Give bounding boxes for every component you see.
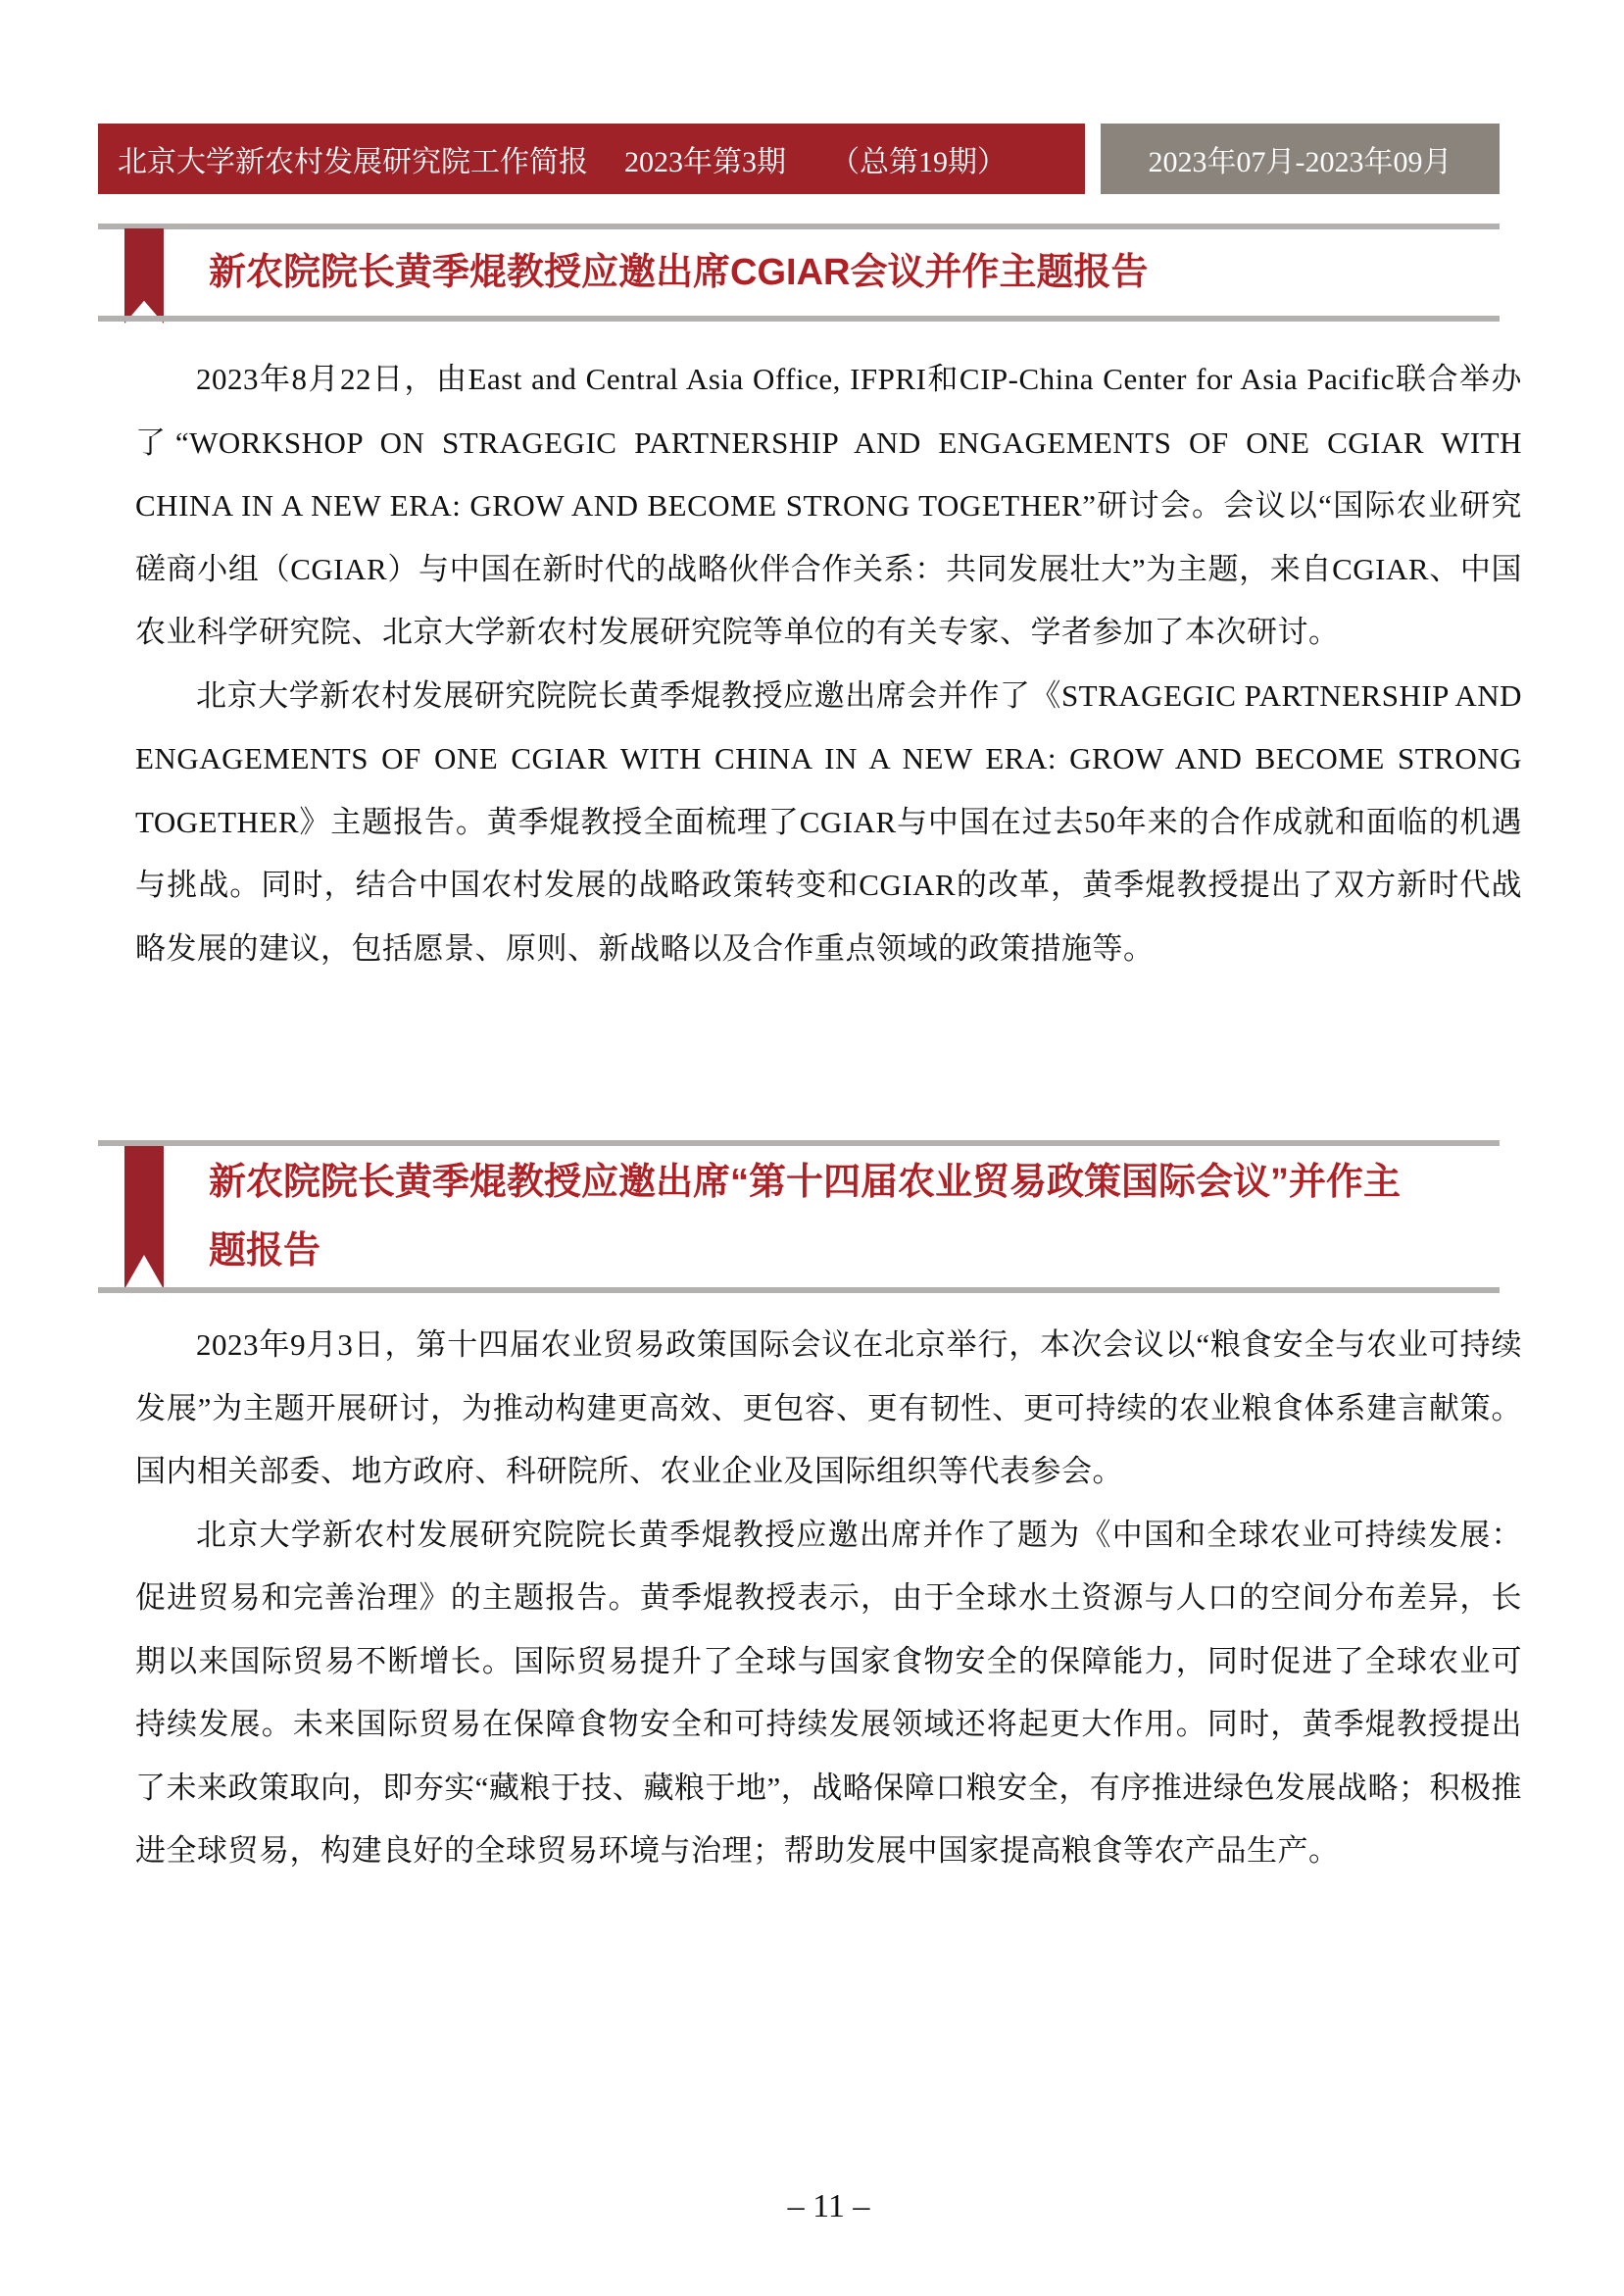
paragraph: 2023年9月3日，第十四届农业贸易政策国际会议在北京举行，本次会议以“粮食安全… xyxy=(135,1314,1522,1504)
page-header: 北京大学新农村发展研究院工作简报 2023年第3期 （总第19期） 2023年0… xyxy=(98,124,1500,194)
section-body-1: 2023年8月22日，由East and Central Asia Office… xyxy=(135,348,1522,980)
banner-top-line xyxy=(98,1140,1500,1146)
paragraph: 北京大学新农村发展研究院院长黄季焜教授应邀出席会并作了《STRAGEGIC PA… xyxy=(135,665,1522,981)
section-banner-1: 新农院院长黄季焜教授应邀出席CGIAR会议并作主题报告 xyxy=(98,224,1500,322)
header-gap xyxy=(1085,124,1101,194)
paragraph: 北京大学新农村发展研究院院长黄季焜教授应邀出席并作了题为《中国和全球农业可持续发… xyxy=(135,1504,1522,1883)
issue-group: 2023年第3期 （总第19期） xyxy=(624,137,1085,180)
section-title-2: 新农院院长黄季焜教授应邀出席“第十四届农业贸易政策国际会议”并作主题报告 xyxy=(209,1148,1424,1285)
section-body-2: 2023年9月3日，第十四届农业贸易政策国际会议在北京举行，本次会议以“粮食安全… xyxy=(135,1314,1522,1883)
banner-bottom-line xyxy=(98,316,1500,322)
newsletter-page: 北京大学新农村发展研究院工作简报 2023年第3期 （总第19期） 2023年0… xyxy=(0,0,1624,2296)
issue-total-number: （总第19期） xyxy=(830,137,1007,180)
bookmark-ribbon-icon xyxy=(124,228,164,324)
newsletter-title: 北京大学新农村发展研究院工作简报 xyxy=(118,137,588,180)
issue-number: 2023年第3期 xyxy=(624,137,786,180)
section-banner-2: 新农院院长黄季焜教授应邀出席“第十四届农业贸易政策国际会议”并作主题报告 xyxy=(98,1140,1500,1293)
paragraph: 2023年8月22日，由East and Central Asia Office… xyxy=(135,348,1522,665)
period-box: 2023年07月-2023年09月 xyxy=(1101,124,1500,194)
page-number: – 11 – xyxy=(135,2188,1522,2225)
banner-bottom-line xyxy=(98,1287,1500,1293)
section-title-1: 新农院院长黄季焜教授应邀出席CGIAR会议并作主题报告 xyxy=(209,229,1148,316)
bookmark-ribbon-icon xyxy=(124,1146,164,1289)
header-red-bar: 北京大学新农村发展研究院工作简报 2023年第3期 （总第19期） xyxy=(98,124,1085,194)
